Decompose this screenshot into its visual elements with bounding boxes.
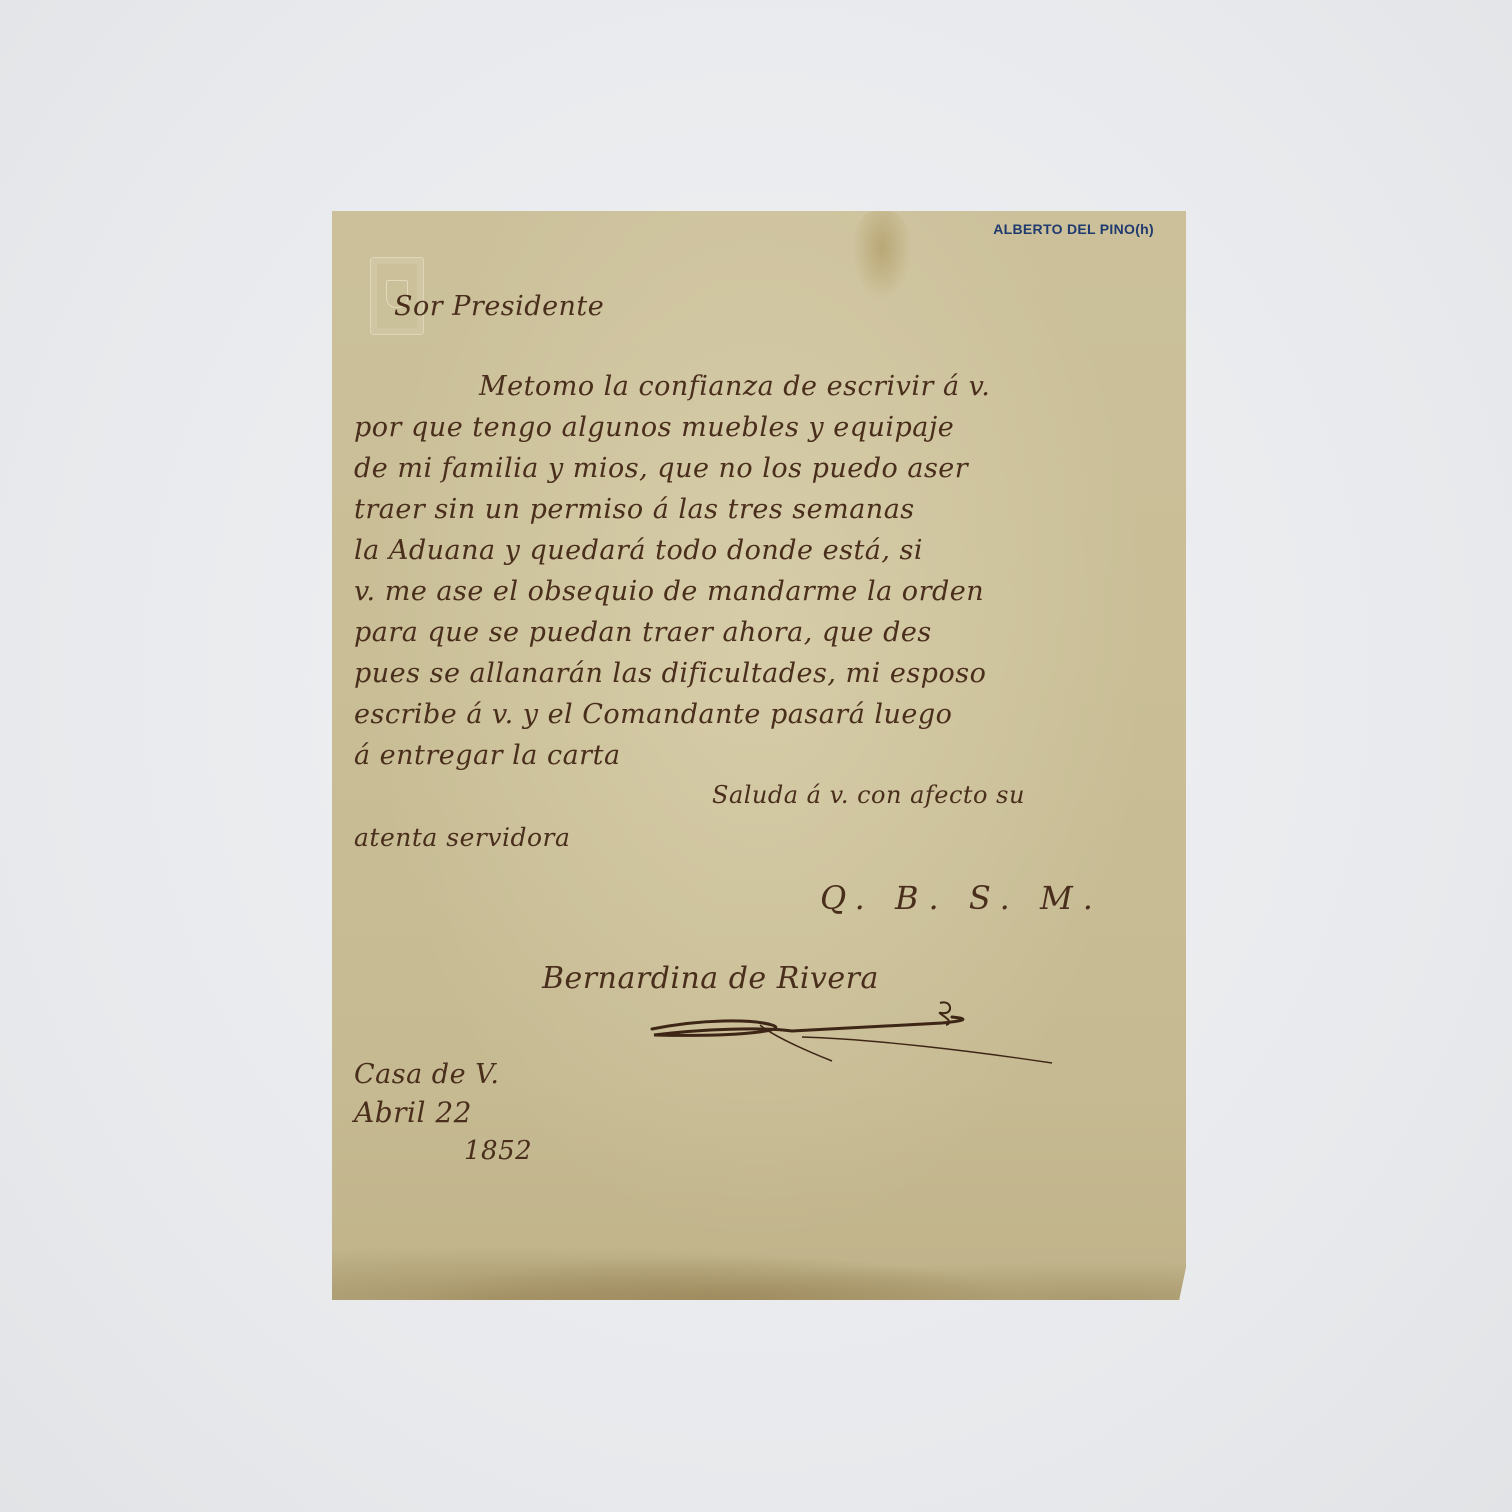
water-stain-bottom bbox=[332, 1230, 1186, 1300]
date-line: Abril 22 bbox=[354, 1096, 472, 1129]
dealer-stamp: ALBERTO DEL PINO(h) bbox=[993, 221, 1154, 237]
initials: Q. B. S. M. bbox=[820, 879, 1103, 917]
body-line: para que se puedan traer ahora, que des bbox=[354, 612, 990, 653]
body-line: Metomo la confianza de escrivir á v. bbox=[354, 366, 990, 407]
body-line: la Aduana y quedará todo donde está, si bbox=[354, 530, 990, 571]
signature: Bernardina de Rivera bbox=[542, 961, 879, 996]
place-line: Casa de V. bbox=[354, 1059, 500, 1090]
water-stain-top bbox=[852, 211, 912, 301]
body-line: escribe á v. y el Comandante pasará lueg… bbox=[354, 694, 990, 735]
body-line: por que tengo algunos muebles y equipaje bbox=[354, 407, 990, 448]
body-line: pues se allanarán las dificultades, mi e… bbox=[354, 653, 990, 694]
body-line: de mi familia y mios, que no los puedo a… bbox=[354, 448, 990, 489]
closing-line-2: atenta servidora bbox=[354, 823, 570, 852]
body-line: á entregar la carta bbox=[354, 735, 990, 776]
closing-line: Saluda á v. con afecto su bbox=[712, 781, 1025, 809]
body-line: v. me ase el obsequio de mandarme la ord… bbox=[354, 571, 990, 612]
letter-sheet: ALBERTO DEL PINO(h) Sor Presidente Metom… bbox=[332, 211, 1186, 1300]
year-line: 1852 bbox=[464, 1136, 532, 1166]
salutation: Sor Presidente bbox=[394, 291, 604, 322]
body-line: traer sin un permiso á las tres semanas bbox=[354, 489, 990, 530]
letter-body: Metomo la confianza de escrivir á v. por… bbox=[354, 366, 990, 776]
signature-flourish-icon bbox=[642, 1001, 1062, 1071]
